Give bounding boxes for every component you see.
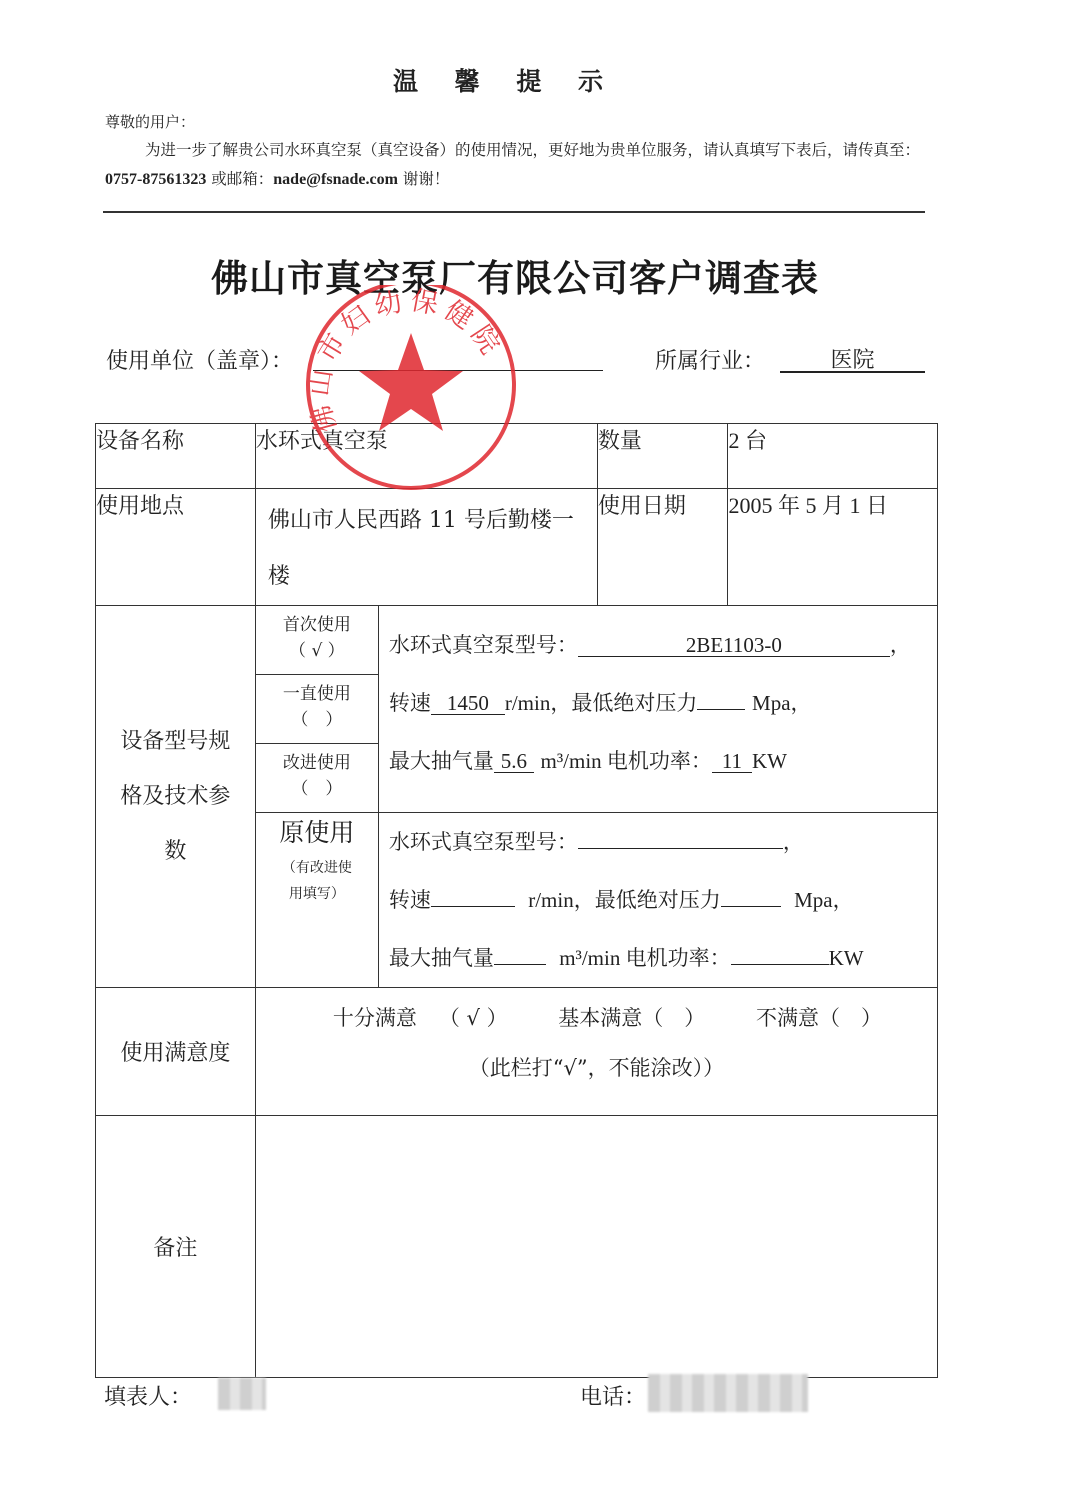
option-first-use[interactable]: 首次使用（ √ ） <box>255 606 378 675</box>
date-label: 使用日期 <box>597 489 728 606</box>
unit-field[interactable] <box>313 370 603 371</box>
greeting: 尊敬的用户： <box>105 111 195 132</box>
original-power-field[interactable] <box>731 964 829 965</box>
current-pressure-field[interactable] <box>697 709 745 710</box>
filler-name-redacted <box>218 1378 266 1410</box>
date-value[interactable]: 2005 年 5 月 1 日 <box>728 489 938 606</box>
original-airflow-field[interactable] <box>494 964 546 965</box>
table-row-location: 使用地点 佛山市人民西路 11 号后勤楼一楼 使用日期 2005 年 5 月 1… <box>96 489 938 606</box>
option-satisfied[interactable]: 基本满意（ ） <box>558 1006 705 1030</box>
option-unsatisfied[interactable]: 不满意（ ） <box>756 1006 882 1030</box>
original-use-label: 原使用 （有改进使用填写） <box>255 813 378 988</box>
location-value[interactable]: 佛山市人民西路 11 号后勤楼一楼 <box>255 489 597 606</box>
quantity-value[interactable]: 2 台 <box>728 424 938 489</box>
notice-suffix: 谢谢！ <box>398 170 449 188</box>
option-continuous-use[interactable]: 一直使用（ ） <box>255 675 378 744</box>
current-power-field[interactable]: 11 <box>712 750 752 773</box>
svg-text:佛山市妇幼保健院: 佛山市妇幼保健院 <box>304 285 509 436</box>
current-model-field[interactable]: 2BE1103-0 <box>578 634 890 657</box>
original-speed-field[interactable] <box>431 906 515 907</box>
current-model-line: 水环式真空泵型号：2BE1103-0， <box>389 616 927 674</box>
option-very-satisfied[interactable]: 十分满意（ √ ） <box>311 1006 508 1030</box>
original-pressure-field[interactable] <box>721 906 781 907</box>
original-spec: 水环式真空泵型号：， 转速 r/min，最低绝对压力 Mpa， 最大抽气量 m³… <box>378 813 937 988</box>
seal-text: 佛山市妇幼保健院 <box>304 285 509 436</box>
equipment-name-value[interactable]: 水环式真空泵 <box>255 424 597 489</box>
original-model-field[interactable] <box>578 848 783 849</box>
industry-field[interactable]: 医院 <box>780 343 925 373</box>
location-label: 使用地点 <box>96 489 256 606</box>
quantity-label: 数量 <box>597 424 728 489</box>
unit-label: 使用单位（盖章）： <box>106 344 293 375</box>
table-row-equipment: 设备名称 水环式真空泵 数量 2 台 <box>96 424 938 489</box>
email-link[interactable]: nade@fsnade.com <box>273 171 398 188</box>
phone-number-redacted <box>648 1374 808 1412</box>
satisfaction-instruction: （此栏打“√”，不能涂改）） <box>256 1032 937 1082</box>
satisfaction-options: 十分满意（ √ ） 基本满意（ ） 不满意（ ） （此栏打“√”，不能涂改）） <box>255 988 937 1116</box>
equipment-name-label: 设备名称 <box>96 424 256 489</box>
filler-label: 填表人： <box>104 1380 192 1411</box>
notice-title: 温 馨 提 示 <box>0 62 1010 98</box>
notice-text: 为进一步了解贵公司水环真空泵（真空设备）的使用情况，更好地为贵单位服务，请认真填… <box>145 141 920 159</box>
form-title: 佛山市真空泵厂有限公司客户调查表 <box>0 248 1030 302</box>
original-model-line: 水环式真空泵型号：， <box>389 813 927 871</box>
divider <box>103 211 925 213</box>
fax-number: 0757-87561323 <box>105 171 206 188</box>
current-speed-line: 转速1450r/min，最低绝对压力 Mpa， <box>389 674 927 732</box>
table-row-satisfaction: 使用满意度 十分满意（ √ ） 基本满意（ ） 不满意（ ） （此栏打“√”，不… <box>96 988 938 1116</box>
original-airflow-line: 最大抽气量 m³/min 电机功率：KW <box>389 929 927 987</box>
notice-mid: 或邮箱： <box>206 170 273 188</box>
option-improved-use[interactable]: 改进使用（ ） <box>255 744 378 813</box>
satisfaction-label: 使用满意度 <box>96 988 256 1116</box>
remarks-label: 备注 <box>96 1116 256 1378</box>
table-row-remarks: 备注 <box>96 1116 938 1378</box>
spec-section-label: 设备型号规格及技术参数 <box>96 606 256 988</box>
table-row-spec-first: 设备型号规格及技术参数 首次使用（ √ ） 水环式真空泵型号：2BE1103-0… <box>96 606 938 675</box>
current-airflow-field[interactable]: 5.6 <box>494 750 534 773</box>
current-airflow-line: 最大抽气量5.6 m³/min 电机功率：11KW <box>389 732 927 790</box>
current-speed-field[interactable]: 1450 <box>431 692 505 715</box>
notice-body: 为进一步了解贵公司水环真空泵（真空设备）的使用情况，更好地为贵单位服务，请认真填… <box>105 136 930 194</box>
survey-table: 设备名称 水环式真空泵 数量 2 台 使用地点 佛山市人民西路 11 号后勤楼一… <box>95 423 938 1378</box>
current-spec: 水环式真空泵型号：2BE1103-0， 转速1450r/min，最低绝对压力 M… <box>378 606 937 813</box>
remarks-field[interactable] <box>255 1116 937 1378</box>
industry-label: 所属行业： <box>655 344 765 375</box>
original-speed-line: 转速 r/min，最低绝对压力 Mpa， <box>389 871 927 929</box>
phone-label: 电话： <box>580 1380 646 1411</box>
star-icon <box>359 333 463 431</box>
